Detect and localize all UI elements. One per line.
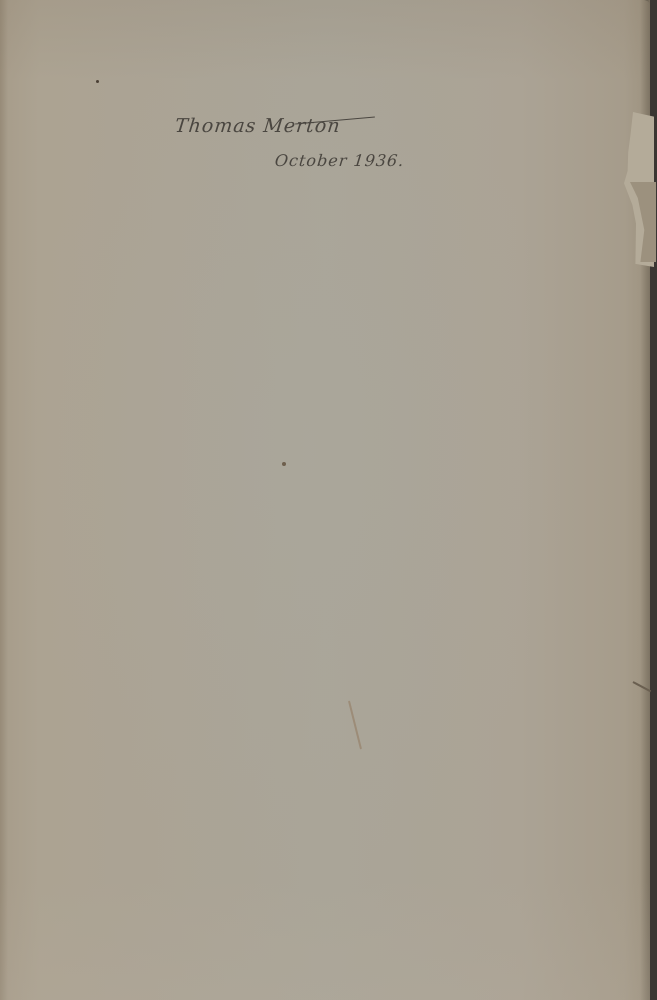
- inscription-name: Thomas Merton: [174, 115, 406, 137]
- paper-fibre: [348, 701, 362, 750]
- inscription-date: October 1936.: [274, 151, 405, 170]
- handwritten-inscription: Thomas Merton October 1936.: [175, 115, 404, 170]
- document-page: Thomas Merton October 1936.: [0, 0, 650, 1000]
- paper-speck: [96, 80, 99, 83]
- paper-speck: [282, 462, 286, 466]
- spine-edge: [0, 0, 8, 1000]
